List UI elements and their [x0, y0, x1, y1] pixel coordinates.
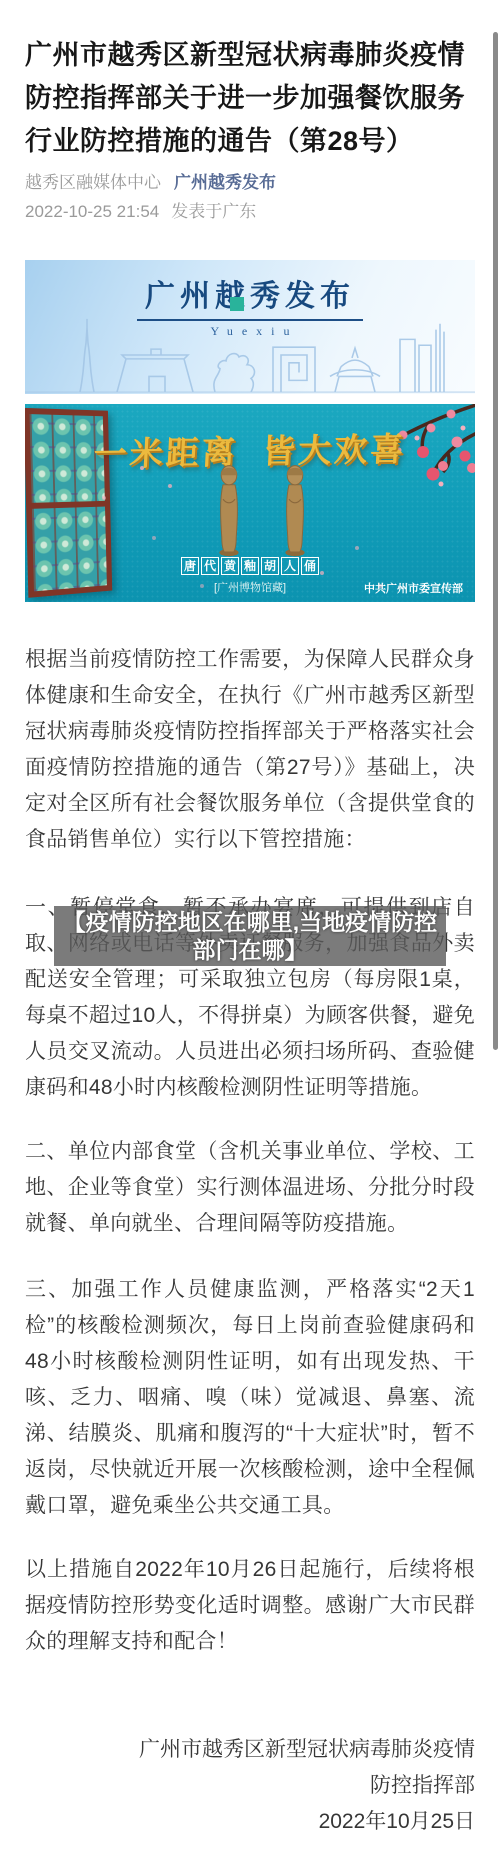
article-body: 根据当前疫情防控工作需要，为保障人民群众身体健康和生命安全，在执行《广州市越秀区…: [0, 642, 500, 1840]
article-meta: 越秀区融媒体中心广州越秀发布: [25, 172, 475, 194]
banner-divider: [25, 394, 475, 404]
poster-caption: 唐代黄釉胡人俑: [25, 557, 475, 575]
paragraph-intro: 根据当前疫情防控工作需要，为保障人民群众身体健康和生命安全，在执行《广州市越秀区…: [25, 642, 475, 858]
source-label: 越秀区融媒体中心: [25, 173, 161, 192]
banner-masthead: 广州越秀发布 Yuexiu: [25, 260, 475, 394]
pottery-figurine-icon: [277, 460, 313, 560]
signature-block: 广州市越秀区新型冠状病毒肺炎疫情 防控指挥部 2022年10月25日: [25, 1732, 475, 1840]
signature-line-1: 广州市越秀区新型冠状病毒肺炎疫情: [25, 1732, 475, 1768]
article-page: 广州市越秀区新型冠状病毒肺炎疫情防控指挥部关于进一步加强餐饮服务行业防控措施的通…: [0, 0, 500, 1871]
paragraph-item-2: 二、单位内部食堂（含机关事业单位、学校、工地、企业等食堂）实行测体温进场、分批分…: [25, 1134, 475, 1242]
publish-location: 发表于广东: [171, 202, 256, 221]
banner-image[interactable]: 广州越秀发布 Yuexiu: [25, 260, 475, 602]
scrollbar-thumb[interactable]: [493, 32, 498, 1050]
article-title: 广州市越秀区新型冠状病毒肺炎疫情防控指挥部关于进一步加强餐饮服务行业防控措施的通…: [25, 34, 475, 163]
account-link[interactable]: 广州越秀发布: [174, 173, 276, 192]
signature-date: 2022年10月25日: [25, 1804, 475, 1840]
seal-decoration: [230, 297, 244, 311]
pottery-figurine-icon: [211, 460, 247, 560]
banner-poster: 一米距离 皆大欢喜 唐代黄釉胡人俑 [广州博物馆藏] 中共广州市委宣传部: [25, 404, 475, 602]
poster-credit: 中共广州市委宣传部: [364, 580, 463, 596]
signature-line-2: 防控指挥部: [25, 1768, 475, 1804]
city-skyline-icon: [25, 316, 475, 394]
publish-info: 2022-10-25 21:54发表于广东: [25, 201, 475, 223]
paragraph-item-3: 三、加强工作人员健康监测，严格落实“2天1检”的核酸检测频次，每日上岗前查验健康…: [25, 1272, 475, 1524]
publish-time: 2022-10-25 21:54: [25, 202, 159, 221]
paragraph-closing: 以上措施自2022年10月26日起施行，后续将根据疫情防控形势变化适时调整。感谢…: [25, 1552, 475, 1660]
watermark-overlay: 【疫情防控地区在哪里,当地疫情防控部门在哪】: [54, 906, 446, 966]
poster-slogan: 一米距离 皆大欢喜: [25, 422, 475, 477]
masthead-title: 广州越秀发布: [25, 271, 475, 321]
